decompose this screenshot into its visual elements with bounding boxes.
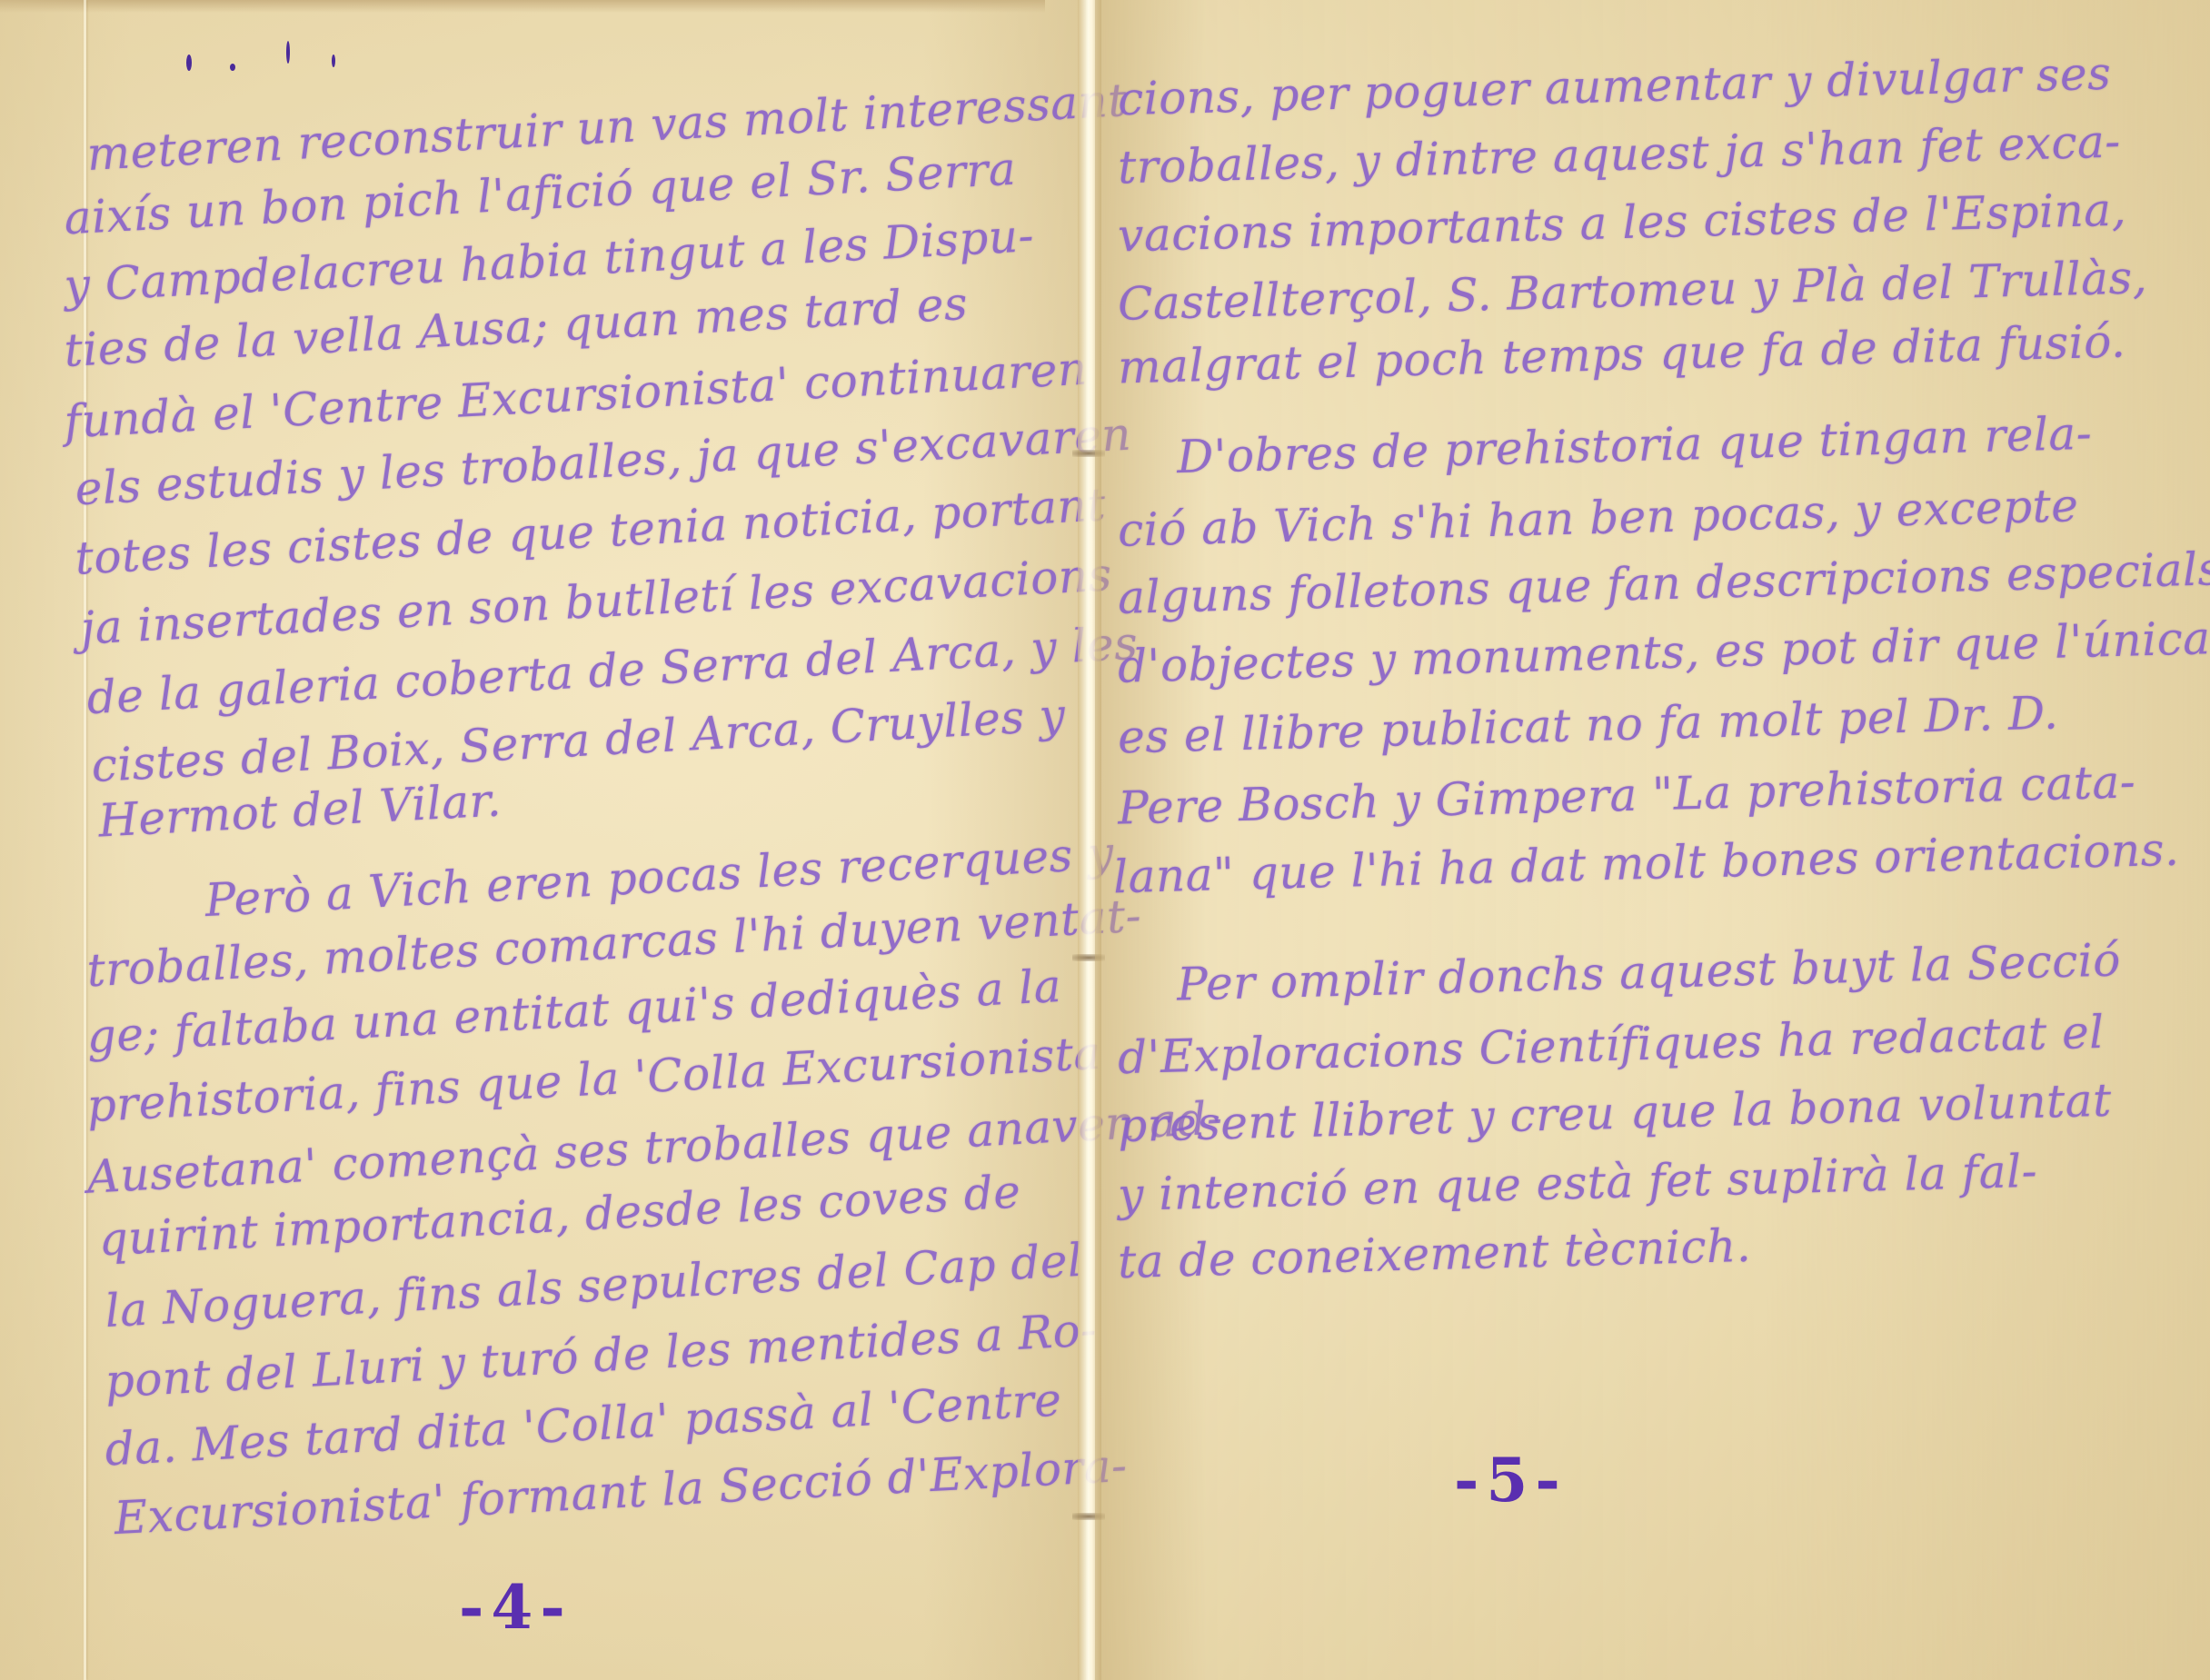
text-line: troballes, y dintre aquest ja s'han fet … xyxy=(1117,114,2121,195)
text-line: es el llibre publicat no fa molt pel Dr.… xyxy=(1117,685,2059,764)
text-line: ció ab Vich s'hi han ben pocas, y except… xyxy=(1117,478,2079,558)
paper-tear-line xyxy=(84,0,86,1680)
text-line: ta de coneixement tècnich. xyxy=(1117,1218,1751,1289)
text-line: D'obres de prehistoria que tingan rela- xyxy=(1176,406,2092,484)
left-page: meteren reconstruir un vas molt interess… xyxy=(0,0,1086,1680)
ink-spot xyxy=(186,55,192,71)
text-line: vacions importants a les cistes de l'Esp… xyxy=(1117,182,2126,263)
text-line: alguns folletons que fan descripcions es… xyxy=(1117,542,2210,625)
right-page: cions, per poguer aumentar y divulgar se… xyxy=(1095,0,2210,1680)
text-line: Pere Bosch y Gimpera "La prehistoria cat… xyxy=(1117,754,2136,835)
ink-spot xyxy=(286,41,290,64)
text-line: y intenció en que està fet suplirà la fa… xyxy=(1117,1144,2037,1222)
ink-spot xyxy=(230,64,235,71)
page-number-right: -5- xyxy=(1454,1445,1568,1516)
text-line: Per omplir donchs aquest buyt la Secció xyxy=(1176,932,2121,1011)
text-line: d'objectes y monuments, es pot dir que l… xyxy=(1117,611,2210,693)
text-line: cions, per poguer aumentar y divulgar se… xyxy=(1117,46,2112,127)
text-line: d'Exploracions Científiques ha redactat … xyxy=(1117,1005,2105,1085)
ink-spot xyxy=(332,55,335,67)
text-line: present llibret y creu que la bona volun… xyxy=(1117,1073,2112,1154)
page-number-left: -4- xyxy=(459,1572,572,1643)
booklet-spread: meteren reconstruir un vas molt interess… xyxy=(0,0,2210,1680)
text-line: lana" que l'hi ha dat molt bones orienta… xyxy=(1112,822,2180,905)
